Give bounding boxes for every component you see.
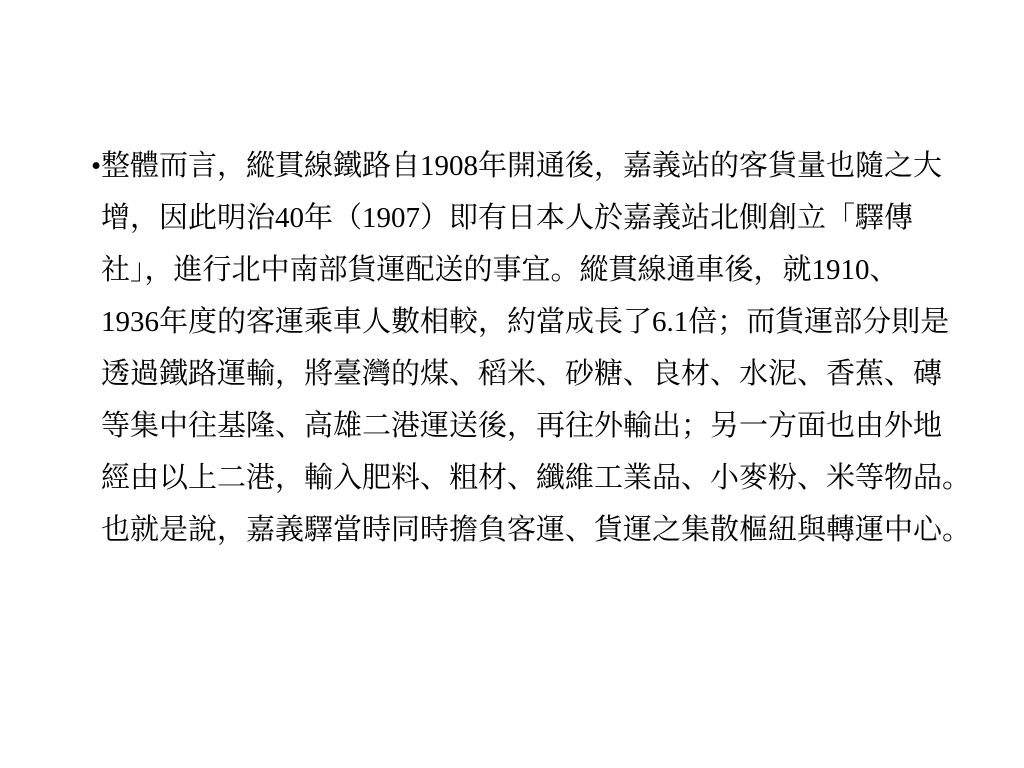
paragraph-line: 社」，進行北中南部貨運配送的事宜。縱貫線通車後，就1910、 xyxy=(101,244,981,296)
paragraph-line: 也就是說，嘉義驛當時同時擔負客運、貨運之集散樞紐與轉運中心。 xyxy=(101,504,981,556)
bullet-marker: • xyxy=(91,140,101,192)
paragraph-line: 整體而言，縱貫線鐵路自1908年開通後，嘉義站的客貨量也隨之大 xyxy=(101,140,981,192)
bullet-paragraph: • 整體而言，縱貫線鐵路自1908年開通後，嘉義站的客貨量也隨之大 增，因此明治… xyxy=(91,140,981,556)
paragraph-line: 等集中往基隆、高雄二港運送後，再往外輸出；另一方面也由外地 xyxy=(101,400,981,452)
paragraph-line: 增，因此明治40年（1907）即有日本人於嘉義站北側創立「驛傳 xyxy=(101,192,981,244)
paragraph-line: 經由以上二港，輸入肥料、粗材、纖維工業品、小麥粉、米等物品。 xyxy=(101,452,981,504)
paragraph-lines: 整體而言，縱貫線鐵路自1908年開通後，嘉義站的客貨量也隨之大 增，因此明治40… xyxy=(101,140,981,556)
slide-canvas: • 整體而言，縱貫線鐵路自1908年開通後，嘉義站的客貨量也隨之大 增，因此明治… xyxy=(0,0,1024,768)
paragraph-line: 透過鐵路運輸，將臺灣的煤、稻米、砂糖、良材、水泥、香蕉、磚 xyxy=(101,348,981,400)
paragraph-line: 1936年度的客運乘車人數相較，約當成長了6.1倍；而貨運部分則是 xyxy=(101,296,981,348)
